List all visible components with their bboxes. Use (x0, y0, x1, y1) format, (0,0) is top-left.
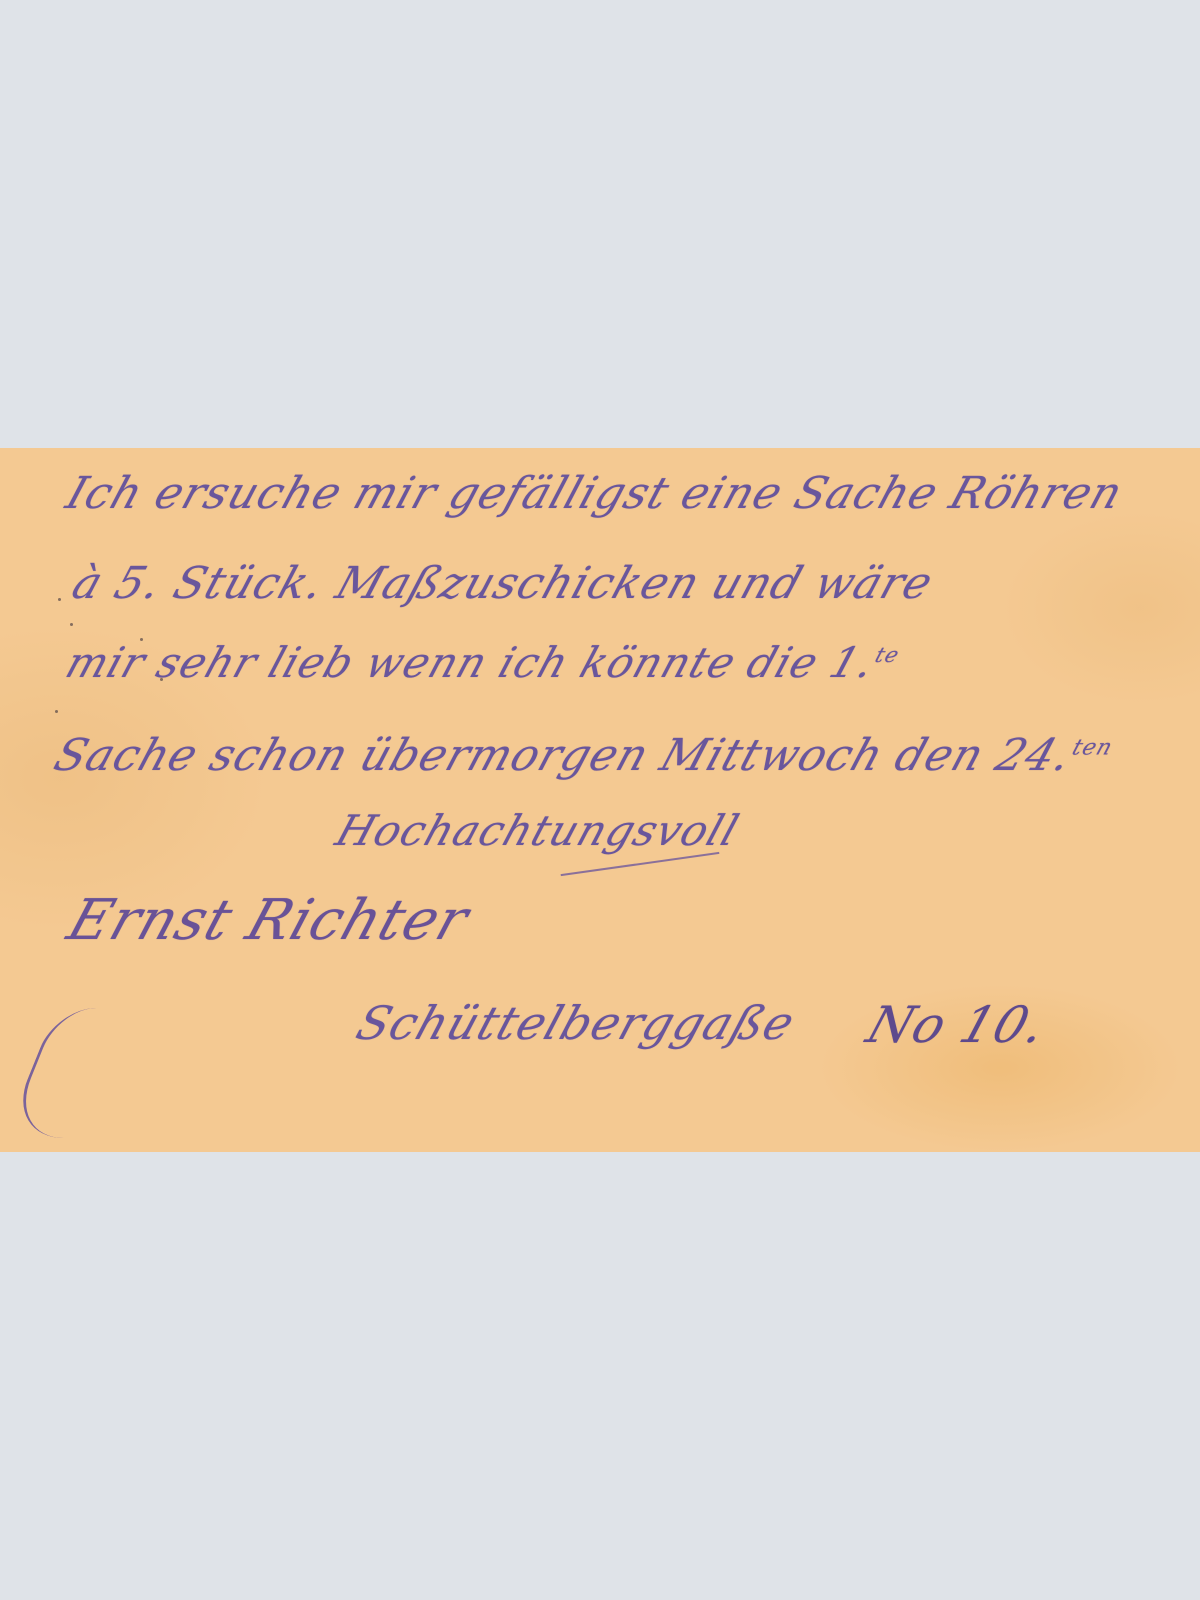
signature-flourish (4, 1008, 120, 1138)
superscript-ten: ten (1069, 735, 1116, 760)
text-line-2: à 5. Stück. Maßzuschicken und wäre (66, 558, 939, 609)
closing-text: Hochachtungsvoll (330, 806, 745, 855)
address-number: No 10. (860, 996, 1054, 1054)
signature: Ernst Richter (60, 888, 477, 953)
text-line-4-body: Sache schon übermorgen Mittwoch den 24. (48, 730, 1079, 781)
text-line-1: Ich ersuche mir gefälligst eine Sache Rö… (60, 468, 1129, 519)
postcard: Ich ersuche mir gefälligst eine Sache Rö… (0, 448, 1200, 1152)
closing-flourish (561, 852, 720, 876)
address-street: Schüttelberggaße (350, 996, 802, 1050)
text-line-4: Sache schon übermorgen Mittwoch den 24.t… (48, 730, 1118, 781)
text-line-3-body: mir sehr lieb wenn ich könnte die 1. (60, 638, 882, 687)
text-line-3: mir sehr lieb wenn ich könnte die 1.te (60, 638, 904, 687)
